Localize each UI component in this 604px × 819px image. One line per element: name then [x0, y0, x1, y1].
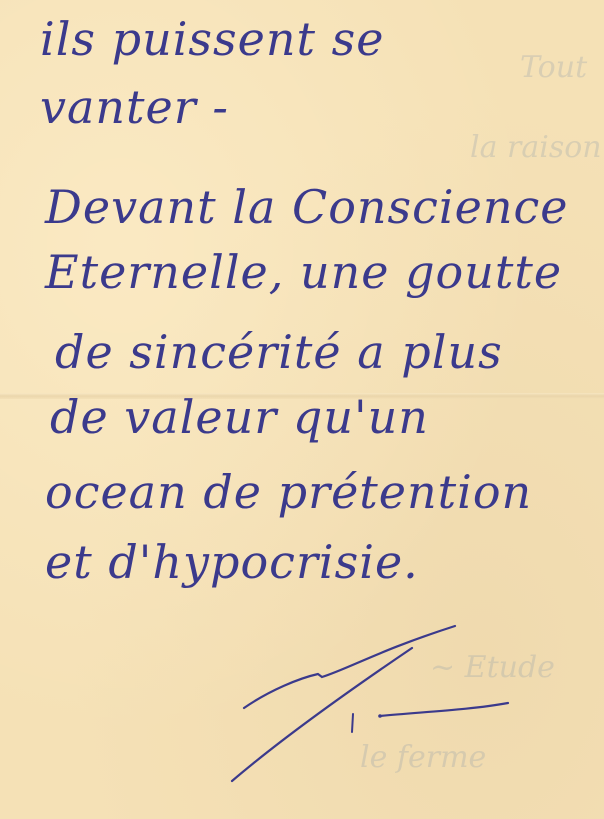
letter-paper: Tout la raison ~ Etude le ferme ils puis… — [0, 0, 604, 819]
signature — [0, 0, 604, 819]
